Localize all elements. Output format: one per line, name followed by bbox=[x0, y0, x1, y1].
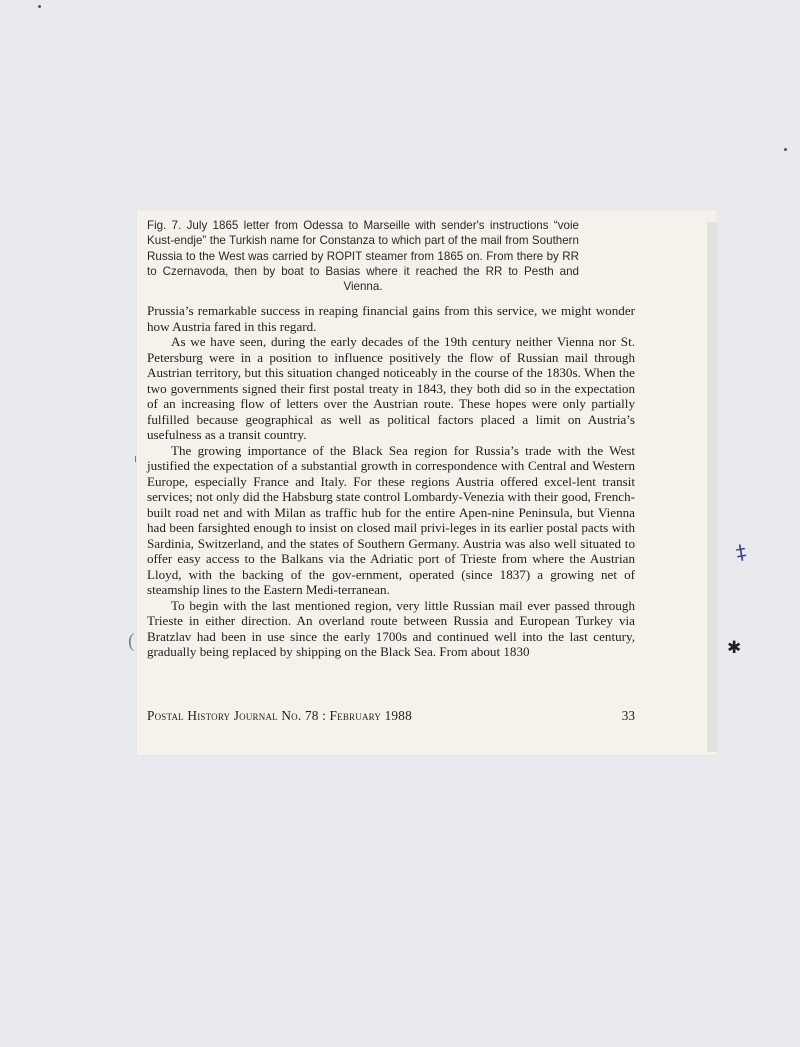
margin-tick-mark bbox=[135, 456, 136, 462]
scan-speck bbox=[784, 148, 787, 151]
page-footer: Postal History Journal No. 78 : February… bbox=[147, 708, 635, 724]
clipping-edge bbox=[707, 222, 717, 752]
paragraph: Prussia’s remarkable success in reaping … bbox=[147, 303, 635, 334]
article-body: Prussia’s remarkable success in reaping … bbox=[147, 303, 635, 660]
paragraph: The growing importance of the Black Sea … bbox=[147, 443, 635, 598]
handwritten-black-asterisk-icon: ✱ bbox=[727, 638, 741, 658]
scan-speck bbox=[38, 5, 41, 8]
handwritten-blue-asterisk-icon: ‡ bbox=[734, 539, 748, 564]
journal-title: Postal History Journal No. 78 : February… bbox=[147, 708, 412, 724]
figure-caption: Fig. 7. July 1865 letter from Odessa to … bbox=[147, 218, 579, 294]
paragraph: To begin with the last mentioned region,… bbox=[147, 598, 635, 660]
handwritten-paren-mark: ( bbox=[128, 630, 135, 653]
page-number: 33 bbox=[622, 708, 635, 724]
journal-clipping: Fig. 7. July 1865 letter from Odessa to … bbox=[137, 210, 717, 755]
paragraph: As we have seen, during the early decade… bbox=[147, 334, 635, 443]
